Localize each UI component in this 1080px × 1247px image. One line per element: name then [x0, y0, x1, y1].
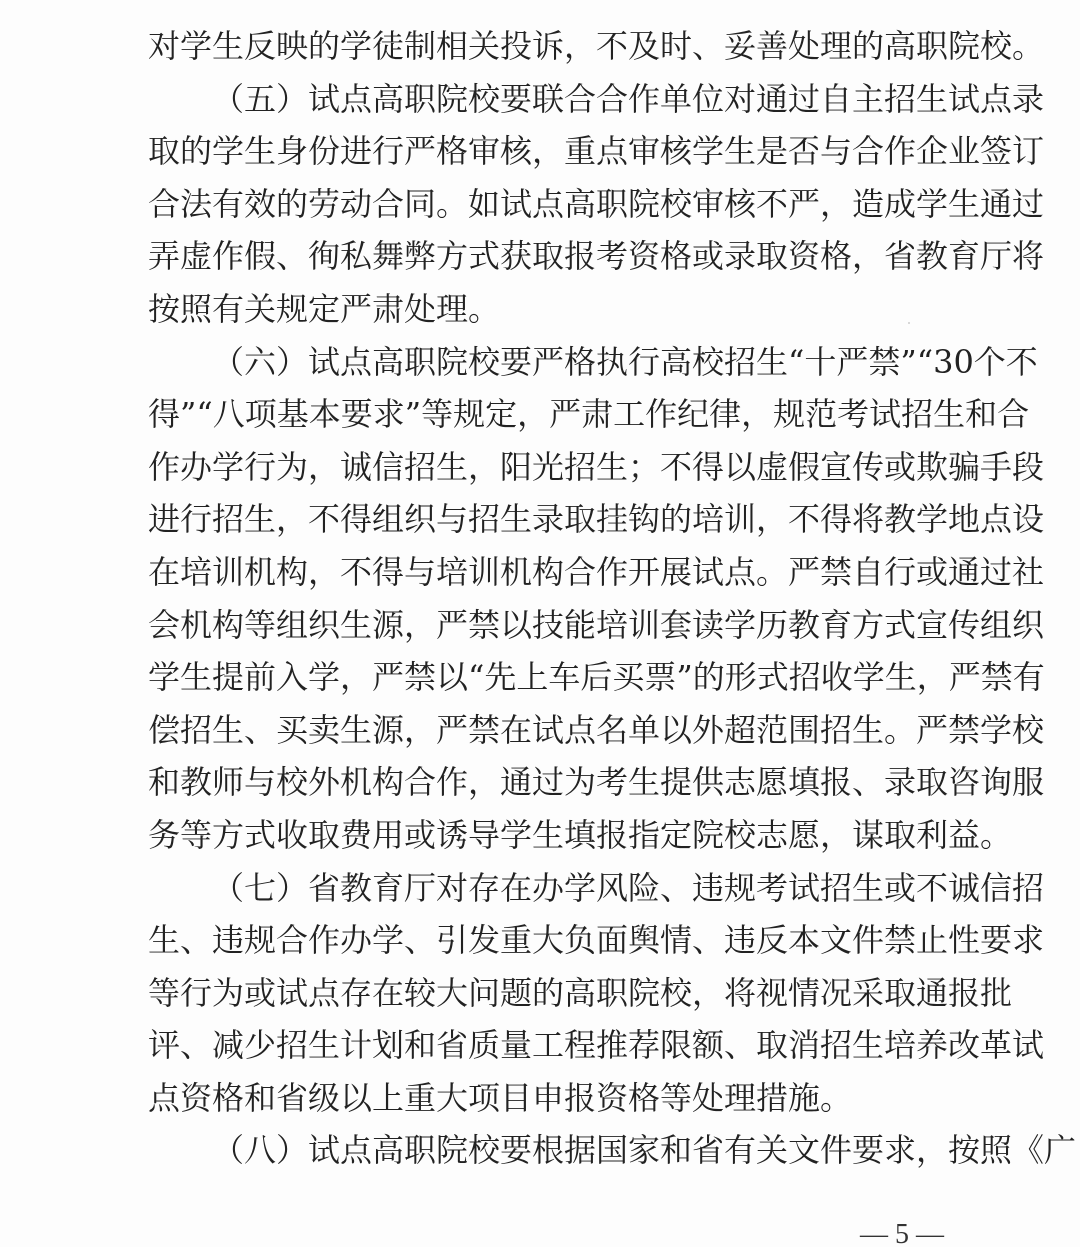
text-line-17: （七）省教育厅对存在办学风险、违规考试招生或不诚信招 — [148, 862, 956, 915]
scan-speck — [908, 322, 910, 324]
text-line-21: 点资格和省级以上重大项目申报资格等处理措施。 — [148, 1072, 956, 1125]
text-line-5: 弄虚作假、徇私舞弊方式获取报考资格或录取资格，省教育厅将 — [148, 230, 956, 283]
text-line-9: 作办学行为，诚信招生，阳光招生；不得以虚假宣传或欺骗手段 — [148, 441, 956, 494]
text-line-14: 偿招生、买卖生源，严禁在试点名单以外超范围招生。严禁学校 — [148, 704, 956, 757]
text-line-12: 会机构等组织生源，严禁以技能培训套读学历教育方式宣传组织 — [148, 599, 956, 652]
text-line-19: 等行为或试点存在较大问题的高职院校，将视情况采取通报批 — [148, 967, 956, 1020]
text-line-20: 评、减少招生计划和省质量工程推荐限额、取消招生培养改革试 — [148, 1019, 956, 1072]
page-number: — 5 — — [860, 1220, 960, 1247]
text-line-3: 取的学生身份进行严格审核，重点审核学生是否与合作企业签订 — [148, 125, 956, 178]
text-line-18: 生、违规合作办学、引发重大负面舆情、违反本文件禁止性要求 — [148, 914, 956, 967]
text-line-4: 合法有效的劳动合同。如试点高职院校审核不严，造成学生通过 — [148, 178, 956, 231]
text-line-22: （八）试点高职院校要根据国家和省有关文件要求，按照《广 — [148, 1124, 956, 1177]
text-line-7: （六）试点高职院校要严格执行高校招生“十严禁”“30个不 — [148, 336, 956, 389]
text-line-6: 按照有关规定严肃处理。 — [148, 283, 956, 336]
text-line-11: 在培训机构，不得与培训机构合作开展试点。严禁自行或通过社 — [148, 546, 956, 599]
document-page: 对学生反映的学徒制相关投诉，不及时、妥善处理的高职院校。 （五）试点高职院校要联… — [0, 0, 1080, 1247]
text-line-8: 得”“八项基本要求”等规定，严肃工作纪律，规范考试招生和合 — [148, 388, 956, 441]
text-line-16: 务等方式收取费用或诱导学生填报指定院校志愿，谋取利益。 — [148, 809, 956, 862]
text-line-10: 进行招生，不得组织与招生录取挂钩的培训，不得将教学地点设 — [148, 493, 956, 546]
text-line-1: 对学生反映的学徒制相关投诉，不及时、妥善处理的高职院校。 — [148, 20, 956, 73]
document-body: 对学生反映的学徒制相关投诉，不及时、妥善处理的高职院校。 （五）试点高职院校要联… — [148, 20, 956, 1177]
text-line-15: 和教师与校外机构合作，通过为考生提供志愿填报、录取咨询服 — [148, 756, 956, 809]
text-line-2: （五）试点高职院校要联合合作单位对通过自主招生试点录 — [148, 73, 956, 126]
text-line-13: 学生提前入学，严禁以“先上车后买票”的形式招收学生，严禁有 — [148, 651, 956, 704]
